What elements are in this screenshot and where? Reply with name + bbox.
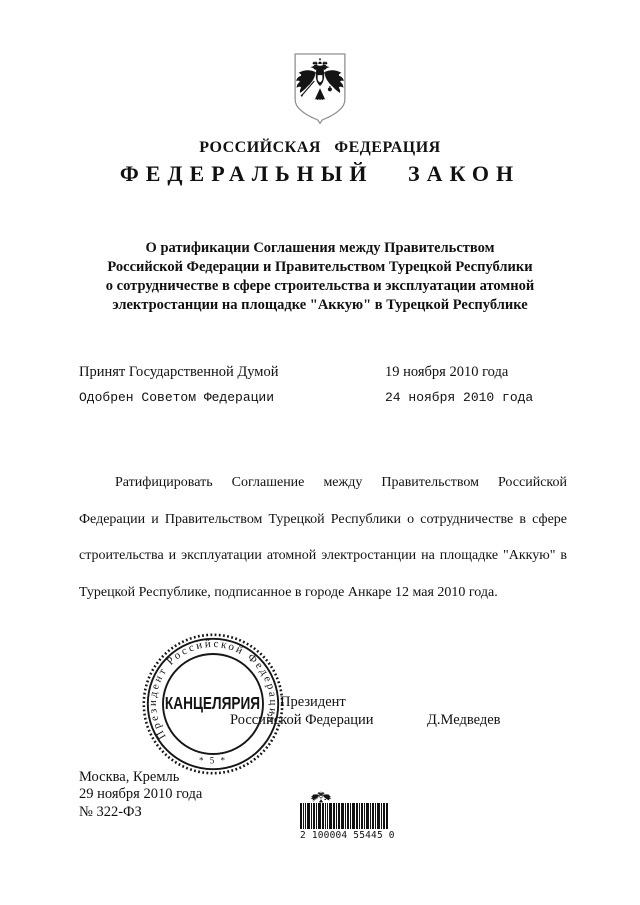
law-body-paragraph: Ратифицировать Соглашение между Правител… bbox=[79, 465, 567, 611]
adoption-council-label: Одобрен Советом Федерации bbox=[79, 390, 274, 405]
footer-block: Москва, Кремль 29 ноября 2010 года № 322… bbox=[79, 769, 202, 821]
barcode-bars bbox=[300, 803, 388, 829]
footer-number: № 322-ФЗ bbox=[79, 804, 202, 821]
barcode: 2 100004 55445 0 bbox=[300, 791, 390, 843]
stamp-number-text: * 5 * bbox=[199, 756, 227, 766]
doc-type-title: ФЕДЕРАЛЬНЫЙ ЗАКОН bbox=[0, 161, 640, 187]
signature-name: Д.Медведев bbox=[427, 712, 501, 729]
adoption-duma-label: Принят Государственной Думой bbox=[79, 364, 279, 381]
law-title-line: О ратификации Соглашения между Правитель… bbox=[60, 239, 580, 258]
adoption-duma-date: 19 ноября 2010 года bbox=[385, 364, 508, 381]
law-title: О ратификации Соглашения между Правитель… bbox=[60, 239, 580, 315]
footer-date: 29 ноября 2010 года bbox=[79, 786, 202, 803]
barcode-eagle-icon bbox=[310, 791, 332, 803]
stamp-center-text: КАНЦЕЛЯРИЯ bbox=[165, 695, 260, 714]
signature-title-line1: Президент bbox=[280, 694, 346, 711]
signature-title-line2: Российской Федерации bbox=[230, 712, 374, 729]
adoption-council-date: 24 ноября 2010 года bbox=[385, 390, 533, 405]
coat-of-arms-icon bbox=[291, 50, 349, 124]
law-document-page: РОССИЙСКАЯ ФЕДЕРАЦИЯ ФЕДЕРАЛЬНЫЙ ЗАКОН О… bbox=[0, 0, 640, 905]
footer-place: Москва, Кремль bbox=[79, 769, 202, 786]
law-title-line: Российской Федерации и Правительством Ту… bbox=[60, 258, 580, 277]
barcode-number: 2 100004 55445 0 bbox=[300, 830, 388, 841]
chancellery-stamp: Президент Российской Федерации КАНЦЕЛЯРИ… bbox=[138, 629, 288, 779]
country-title: РОССИЙСКАЯ ФЕДЕРАЦИЯ bbox=[0, 139, 640, 157]
law-title-line: о сотрудничестве в сфере строительства и… bbox=[60, 277, 580, 296]
law-title-line: электростанции на площадке "Аккую" в Тур… bbox=[60, 296, 580, 315]
